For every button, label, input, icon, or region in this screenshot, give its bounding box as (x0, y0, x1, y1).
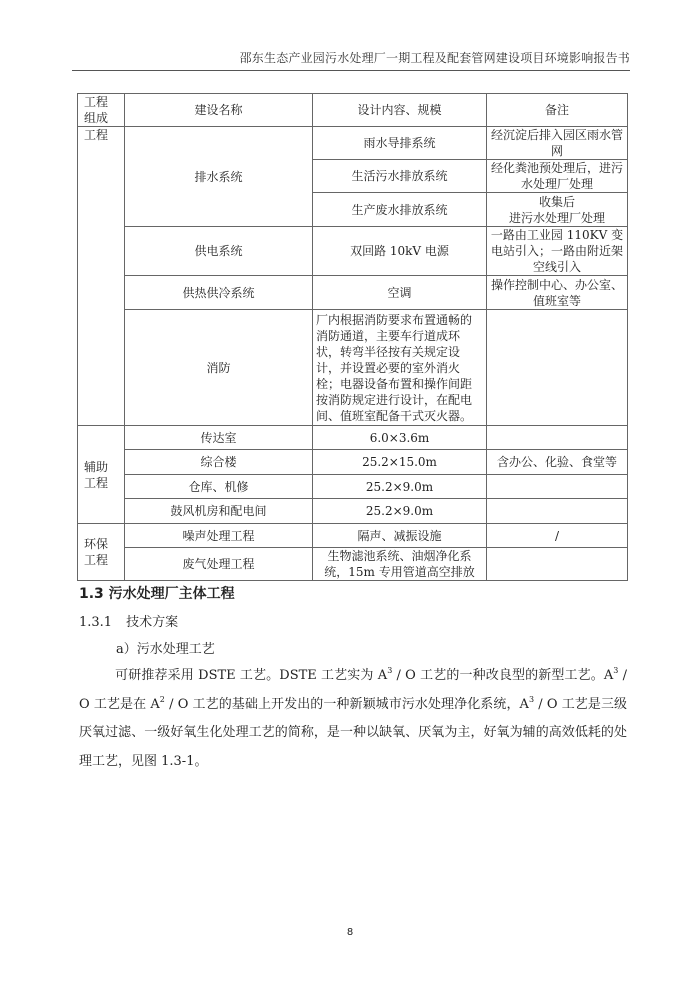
table-row: 环保 工程 噪声处理工程 隔声、减振设施 / (78, 524, 628, 548)
row-design: 双回路 10kV 电源 (313, 227, 487, 276)
row-design: 25.2×15.0m (313, 450, 487, 475)
row-note (487, 499, 628, 524)
body-paragraph: 可研推荐采用 DSTE 工艺。DSTE 工艺实为 A3 / O 工艺的一种改良型… (79, 662, 627, 776)
table-row: 工程 排水系统 雨水导排系统 经沉淀后排入园区雨水管网 (78, 127, 628, 160)
subsection-number: 1.3.1 (79, 615, 112, 630)
table-row: 鼓风机房和配电间 25.2×9.0m (78, 499, 628, 524)
column-header-note: 备注 (487, 94, 628, 127)
row-design: 隔声、减振设施 (313, 524, 487, 548)
row-design: 生活污水排放系统 (313, 160, 487, 193)
row-name: 传达室 (125, 426, 313, 450)
row-name: 废气处理工程 (125, 548, 313, 581)
row-name: 鼓风机房和配电间 (125, 499, 313, 524)
row-note: 一路由工业园 110KV 变电站引入；一路由附近架空线引入 (487, 227, 628, 276)
table-row: 辅助 工程 传达室 6.0×3.6m (78, 426, 628, 450)
group-label-auxiliary: 辅助 工程 (78, 426, 125, 524)
note-line: 收集后 (539, 195, 575, 209)
table-row: 供热供冷系统 空调 操作控制中心、办公室、值班室等 (78, 276, 628, 310)
row-design: 生产废水排放系统 (313, 193, 487, 227)
row-note (487, 310, 628, 426)
column-header-design: 设计内容、规模 (313, 94, 487, 127)
paragraph-text: / O 工艺的基础上开发出的一种新颖城市污水处理净化系统，A (165, 697, 529, 712)
row-design: 6.0×3.6m (313, 426, 487, 450)
note-line: 进污水处理厂处理 (509, 211, 605, 225)
row-design: 厂内根据消防要求布置通畅的消防通道，主要车行道成环状，转弯半径按有关规定设计，并… (313, 310, 487, 426)
header-line: 组成 (84, 111, 108, 125)
paragraph-text: / O 工艺的一种改良型的新型工艺。A (392, 668, 613, 683)
table-row: 消防 厂内根据消防要求布置通畅的消防通道，主要车行道成环状，转弯半径按有关规定设… (78, 310, 628, 426)
row-note: / (487, 524, 628, 548)
document-header-title: 邵东生态产业园污水处理厂一期工程及配套管网建设项目环境影响报告书 (240, 49, 630, 66)
paragraph-text: 可研推荐采用 DSTE 工艺。DSTE 工艺实为 A (115, 668, 387, 683)
table-row: 仓库、机修 25.2×9.0m (78, 475, 628, 499)
table-row: 综合楼 25.2×15.0m 含办公、化验、食堂等 (78, 450, 628, 475)
row-name: 供电系统 (125, 227, 313, 276)
row-note (487, 475, 628, 499)
row-note: 收集后 进污水处理厂处理 (487, 193, 628, 227)
row-name: 噪声处理工程 (125, 524, 313, 548)
list-item-a: a）污水处理工艺 (116, 638, 215, 657)
project-composition-table: 工程 组成 建设名称 设计内容、规模 备注 工程 排水系统 雨水导排系统 经沉淀… (77, 93, 628, 581)
row-design: 空调 (313, 276, 487, 310)
row-name: 排水系统 (125, 127, 313, 227)
table-row: 废气处理工程 生物滤池系统、油烟净化系统，15m 专用管道高空排放 (78, 548, 628, 581)
row-note: 经化粪池预处理后，进污水处理厂处理 (487, 160, 628, 193)
section-heading: 1.3 污水处理厂主体工程 (79, 583, 235, 603)
table-row: 供电系统 双回路 10kV 电源 一路由工业园 110KV 变电站引入；一路由附… (78, 227, 628, 276)
header-divider (72, 70, 630, 71)
row-note (487, 426, 628, 450)
row-name: 综合楼 (125, 450, 313, 475)
subsection-heading: 1.3.1技术方案 (79, 611, 178, 630)
column-header-composition: 工程 组成 (78, 94, 125, 127)
row-name: 消防 (125, 310, 313, 426)
header-line: 工程 (84, 95, 108, 109)
row-design: 雨水导排系统 (313, 127, 487, 160)
table-header-row: 工程 组成 建设名称 设计内容、规模 备注 (78, 94, 628, 127)
row-design: 25.2×9.0m (313, 499, 487, 524)
group-label-environmental: 环保 工程 (78, 524, 125, 581)
row-note: 经沉淀后排入园区雨水管网 (487, 127, 628, 160)
row-note: 含办公、化验、食堂等 (487, 450, 628, 475)
column-header-name: 建设名称 (125, 94, 313, 127)
row-note: 操作控制中心、办公室、值班室等 (487, 276, 628, 310)
subsection-title: 技术方案 (126, 615, 178, 630)
row-name: 仓库、机修 (125, 475, 313, 499)
group-label-line: 环保 (84, 537, 108, 551)
group-label-line: 辅助 (84, 460, 108, 474)
row-name: 供热供冷系统 (125, 276, 313, 310)
group-label-line: 工程 (84, 476, 108, 490)
row-note (487, 548, 628, 581)
page-number: 8 (0, 927, 700, 938)
group-label-main: 工程 (78, 127, 125, 426)
group-label-line: 工程 (84, 553, 108, 567)
row-design: 生物滤池系统、油烟净化系统，15m 专用管道高空排放 (313, 548, 487, 581)
row-design: 25.2×9.0m (313, 475, 487, 499)
